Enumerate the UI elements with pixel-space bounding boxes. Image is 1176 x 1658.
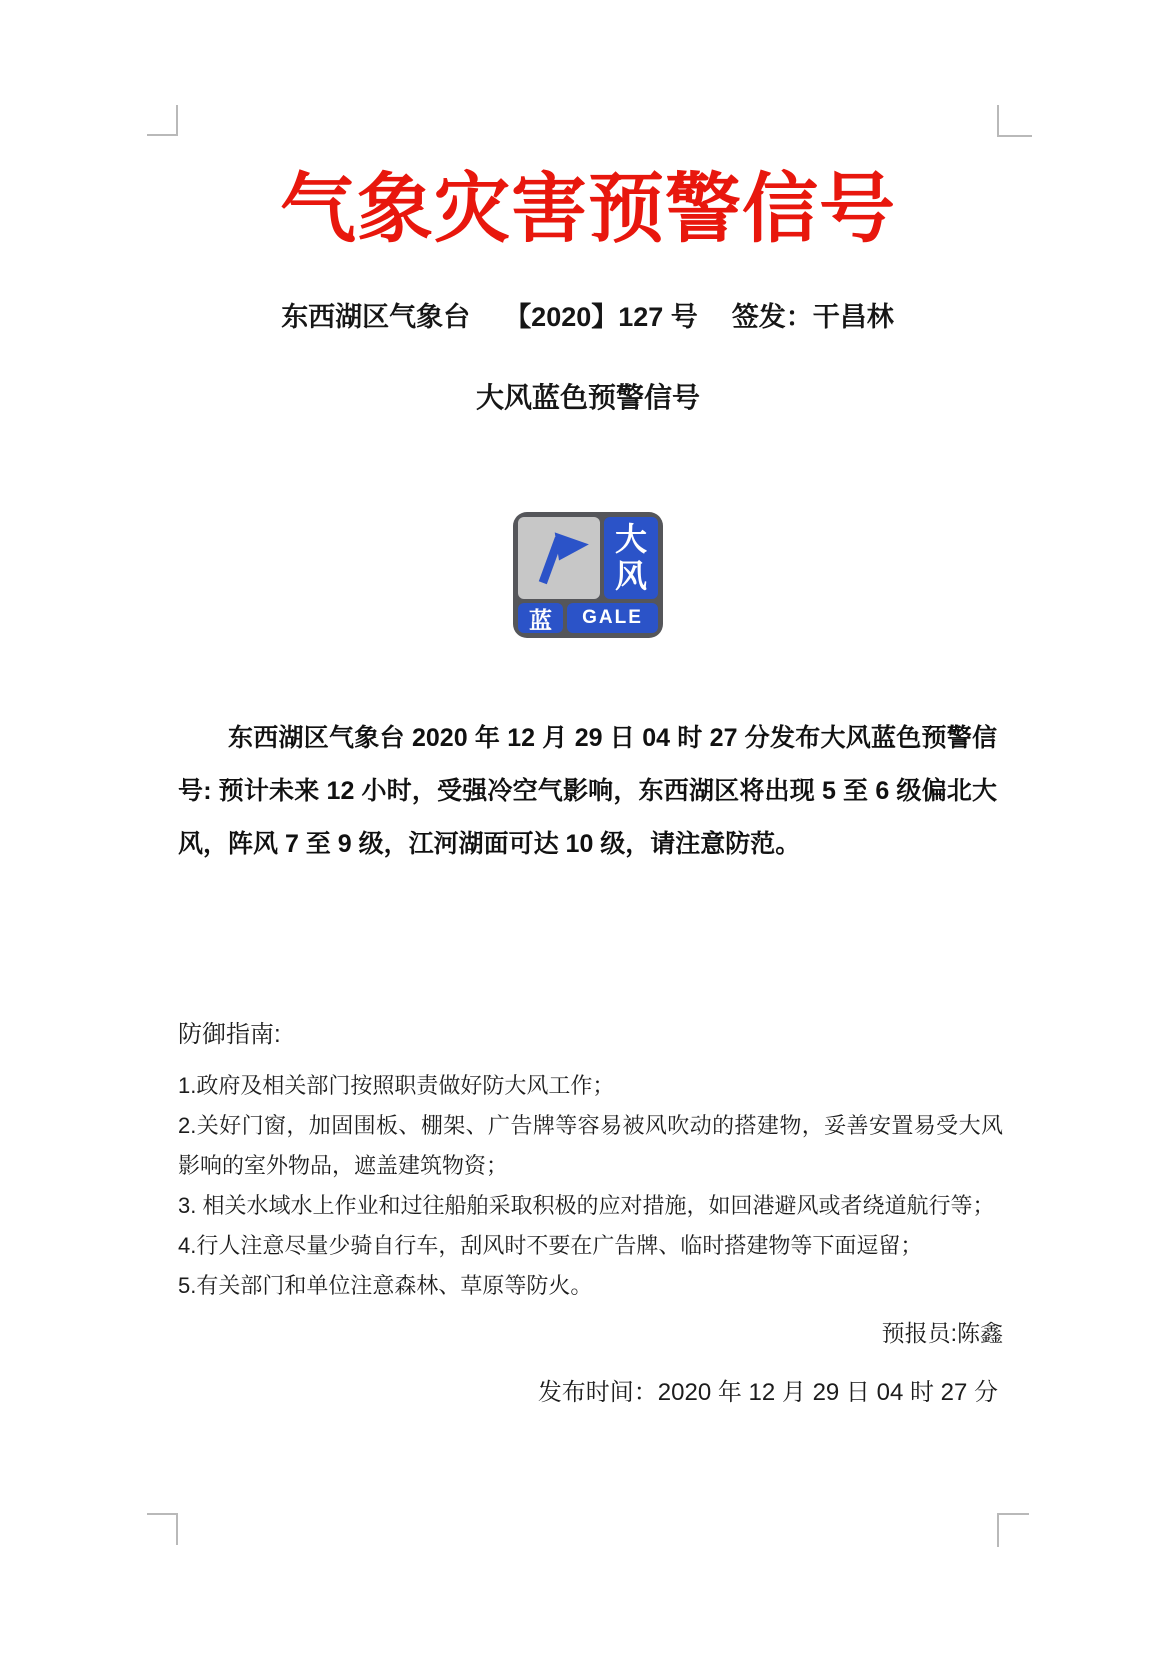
issuer-line: 东西湖区气象台 【2020】127 号 签发：干昌林 xyxy=(178,300,997,334)
signal-heading: 大风蓝色预警信号 xyxy=(0,376,1176,416)
defense-guide-list: 1.政府及相关部门按照职责做好防大风工作； 2.关好门窗，加固围板、棚架、广告牌… xyxy=(178,1066,1003,1306)
corner-mark-top-left xyxy=(147,105,178,136)
warning-level-label: 蓝 xyxy=(529,602,552,635)
warning-body-paragraph: 东西湖区气象台 2020 年 12 月 29 日 04 时 27 分发布大风蓝色… xyxy=(178,712,997,871)
corner-mark-bottom-right xyxy=(997,1513,1029,1547)
issuing-office: 东西湖区气象台 xyxy=(281,300,470,334)
defense-guide-heading: 防御指南: xyxy=(178,1014,281,1049)
corner-mark-top-right xyxy=(997,105,1032,137)
guide-item-2: 2.关好门窗，加固围板、棚架、广告牌等容易被风吹动的搭建物，妥善安置易受大风影响… xyxy=(178,1106,1003,1186)
signer: 签发：干昌林 xyxy=(732,300,894,334)
warning-level-cell: 蓝 xyxy=(518,603,563,633)
badge-bottom-row: 蓝 GALE xyxy=(518,603,658,633)
gale-flag-icon xyxy=(524,523,594,593)
warning-notice-page: 气象灾害预警信号 东西湖区气象台 【2020】127 号 签发：干昌林 大风蓝色… xyxy=(0,0,1176,1658)
warning-type-en-cell: GALE xyxy=(567,603,658,633)
document-number: 【2020】127 号 xyxy=(504,300,698,334)
warning-type-en-label: GALE xyxy=(582,607,643,629)
corner-mark-bottom-left xyxy=(147,1513,178,1545)
guide-item-4: 4.行人注意尽量少骑自行车，刮风时不要在广告牌、临时搭建物等下面逗留； xyxy=(178,1226,1003,1266)
guide-item-3: 3. 相关水域水上作业和过往船舶采取积极的应对措施，如回港避风或者绕道航行等； xyxy=(178,1186,1003,1226)
warning-type-label: 大风 xyxy=(613,521,649,595)
warning-type-cell: 大风 xyxy=(604,517,658,599)
gale-warning-badge: 大风 蓝 GALE xyxy=(513,512,663,638)
document-title: 气象灾害预警信号 xyxy=(0,160,1176,260)
flag-cell xyxy=(518,517,600,599)
forecaster-line: 预报员:陈鑫 xyxy=(178,1315,1003,1348)
badge-top-row: 大风 xyxy=(518,517,658,599)
publish-time-line: 发布时间：2020 年 12 月 29 日 04 时 27 分 xyxy=(178,1372,998,1407)
guide-item-1: 1.政府及相关部门按照职责做好防大风工作； xyxy=(178,1066,1003,1106)
guide-item-5: 5.有关部门和单位注意森林、草原等防火。 xyxy=(178,1266,1003,1306)
